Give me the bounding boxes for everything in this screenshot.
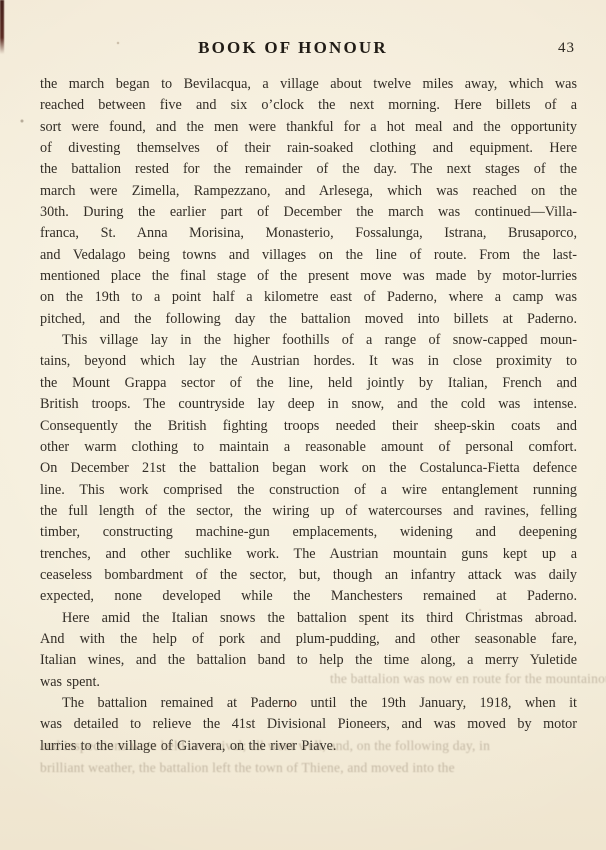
book-page: BOOK OF HONOUR 43 the march began to Bev… [0, 0, 606, 850]
ghost-text-line: brilliant weather, the battalion left th… [40, 760, 455, 776]
text-line: franca, St. Anna Morisina, Monasterio, F… [40, 223, 577, 244]
text-line: trenches, and other suchlike work. The A… [40, 544, 577, 565]
text-line: other warm clothing to maintain a reason… [40, 437, 577, 458]
text-line: and Vedalago being towns and villages on… [40, 245, 577, 266]
text-line: Italian wines, and the battalion band to… [40, 650, 577, 671]
text-line: the full length of the sector, the wirin… [40, 501, 577, 522]
text-line: march were Zimella, Rampezzano, and Arle… [40, 181, 577, 202]
text-line: sort were found, and the men were thankf… [40, 117, 577, 138]
text-line: reached between five and six o’clock the… [40, 95, 577, 116]
text-line: lurries to the village of Giavera, on th… [40, 736, 577, 757]
text-line: And with the help of pork and plum-puddi… [40, 629, 577, 650]
text-line: expected, none developed while the Manch… [40, 586, 577, 607]
text-line: ceaseless bombardment of the sector, but… [40, 565, 577, 586]
text-line: timber, constructing machine-gun emplace… [40, 522, 577, 543]
running-head: BOOK OF HONOUR 43 [0, 38, 606, 60]
text-line: the march began to Bevilacqua, a village… [40, 74, 577, 95]
text-line: pitched, and the following day the batta… [40, 309, 577, 330]
page-number: 43 [558, 40, 575, 57]
text-line: the Mount Grappa sector of the line, hel… [40, 373, 577, 394]
text-line: tains, beyond which lay the Austrian hor… [40, 351, 577, 372]
text-line: British troops. The countryside lay deep… [40, 394, 577, 415]
text-line: The battalion remained at Paderno until … [40, 693, 577, 714]
text-line: On December 21st the battalion began wor… [40, 458, 577, 479]
text-line: of divesting themselves of their rain-so… [40, 138, 577, 159]
text-line: 30th. During the earlier part of Decembe… [40, 202, 577, 223]
page-header-title: BOOK OF HONOUR [0, 38, 586, 58]
text-line: line. This work comprised the constructi… [40, 480, 577, 501]
text-line: the battalion rested for the remainder o… [40, 159, 577, 180]
text-line: on the 19th to a point half a kilometre … [40, 287, 577, 308]
text-line: was spent. [40, 672, 577, 693]
text-line: was detailed to relieve the 41st Divisio… [40, 714, 577, 735]
text-line: mentioned place the final stage of the p… [40, 266, 577, 287]
text-line: Here amid the Italian snows the battalio… [40, 608, 577, 629]
text-line: Consequently the British fighting troops… [40, 416, 577, 437]
page-body-text: the march began to Bevilacqua, a village… [40, 74, 577, 757]
text-line: This village lay in the higher foothills… [40, 330, 577, 351]
